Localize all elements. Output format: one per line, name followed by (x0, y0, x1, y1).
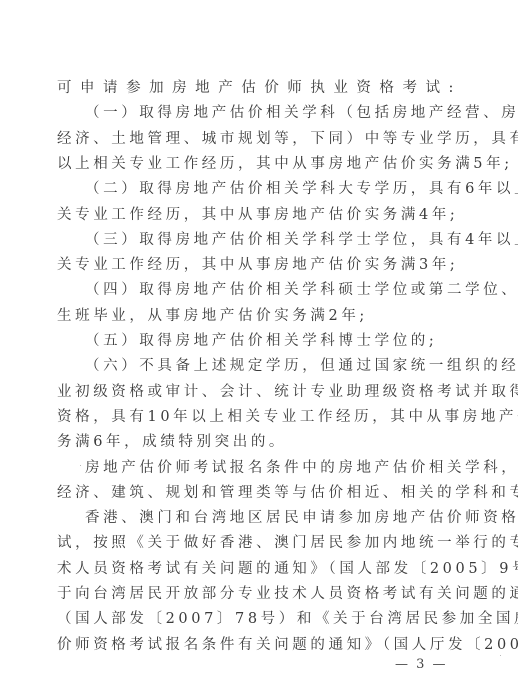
text-line: 术人员资格考试有关问题的通知》（国人部发〔2005〕9号）、《关 (57, 559, 457, 579)
text-line: 业初级资格或审计、会计、统计专业助理级资格考试并取得相应 (57, 382, 457, 402)
text-line: 可申请参加房地产估价师执业资格考试: (57, 78, 457, 98)
document-page: 可申请参加房地产估价师执业资格考试: （一）取得房地产估价相关学科（包括房地产经… (0, 0, 518, 700)
scan-speck (80, 465, 81, 466)
text-line: （三）取得房地产估价相关学科学士学位，具有4年以上相 (85, 230, 457, 250)
text-line: （二）取得房地产估价相关学科大专学历，具有6年以上相 (85, 179, 457, 199)
text-line: 生班毕业，从事房地产估价实务满2年; (57, 306, 457, 326)
text-line: 务满6年，成绩特别突出的。 (57, 432, 457, 452)
text-line: 试，按照《关于做好香港、澳门居民参加内地统一举行的专业技 (57, 533, 457, 553)
text-line: 以上相关专业工作经历，其中从事房地产估价实务满5年; (57, 154, 457, 174)
page-number: — 3 — (395, 655, 448, 675)
text-line: （六）不具备上述规定学历，但通过国家统一组织的经济专 (85, 356, 457, 376)
scan-speck (500, 655, 501, 656)
text-line: 经济、土地管理、城市规划等，下同）中等专业学历，具有8年 (57, 129, 457, 149)
text-line: （一）取得房地产估价相关学科（包括房地产经营、房地产 (85, 103, 457, 123)
text-line: 房地产估价师考试报名条件中的房地产估价相关学科，包括 (85, 458, 457, 478)
text-line: 关专业工作经历，其中从事房地产估价实务满3年; (57, 255, 457, 275)
text-line: （国人部发〔2007〕78号）和《关于台湾居民参加全国房地产估 (57, 609, 457, 629)
text-line: 经济、建筑、规划和管理类等与估价相近、相关的学科和专业。 (57, 483, 457, 503)
text-line: 价师资格考试报名条件有关问题的通知》（国人厅发〔2007〕116 (57, 635, 457, 655)
text-line: 于向台湾居民开放部分专业技术人员资格考试有关问题的通知》 (57, 584, 457, 604)
text-line: （五）取得房地产估价相关学科博士学位的; (85, 331, 457, 351)
text-line: （四）取得房地产估价相关学科硕士学位或第二学位、研究 (85, 280, 457, 300)
text-line: 关专业工作经历，其中从事房地产估价实务满4年; (57, 205, 457, 225)
text-line: 资格，具有10年以上相关专业工作经历，其中从事房地产估价实 (57, 407, 457, 427)
text-line: 香港、澳门和台湾地区居民申请参加房地产估价师资格考 (85, 508, 457, 528)
